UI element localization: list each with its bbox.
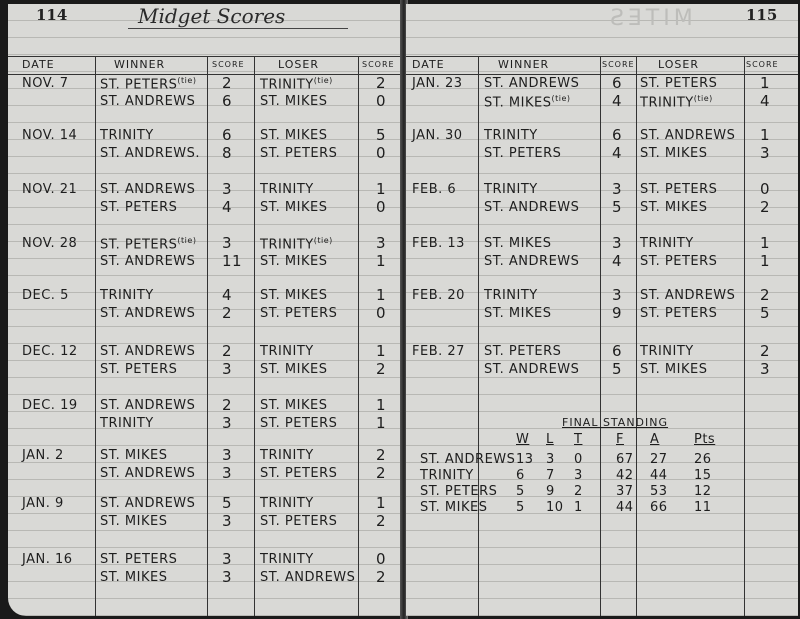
winner-team: ST. ANDREWS: [100, 466, 195, 481]
loser-team: ST. PETERS: [640, 76, 717, 91]
standing-team-name: ST. MIKES: [420, 500, 487, 515]
standing-value: 13: [516, 452, 534, 467]
winner-score: 3: [222, 234, 232, 252]
loser-score: 1: [376, 396, 386, 414]
loser-team: ST. MIKES: [260, 128, 327, 143]
loser-team: TRINITY: [260, 552, 314, 567]
loser-team: ST. PETERS: [260, 416, 337, 431]
tie-note: (tie): [314, 76, 333, 85]
loser-score: 4: [760, 92, 770, 110]
standing-team-name: ST. ANDREWS: [420, 452, 515, 467]
loser-score: 1: [760, 252, 770, 270]
loser-team: ST. MIKES: [260, 362, 327, 377]
loser-score: 1: [376, 180, 386, 198]
winner-team: ST. PETERS: [484, 344, 561, 359]
column-divider: [95, 56, 96, 616]
winner-team: ST. MIKES: [484, 306, 551, 321]
loser-score: 3: [760, 144, 770, 162]
loser-team: TRINITY: [640, 344, 694, 359]
game-date: JAN. 16: [22, 552, 73, 567]
winner-score: 4: [612, 252, 622, 270]
winner-score: 3: [222, 180, 232, 198]
loser-score: 0: [376, 304, 386, 322]
winner-score: 4: [612, 92, 622, 110]
loser-score: 1: [760, 234, 770, 252]
standing-value: 6: [516, 468, 525, 483]
winner-score: 6: [222, 126, 232, 144]
left-page: 114 Midget Scores DATEWINNERSCORELOSERSC…: [8, 4, 402, 616]
loser-team: TRINITY: [260, 496, 314, 511]
standing-value: 44: [616, 500, 634, 515]
standing-value: 3: [546, 452, 555, 467]
winner-team: ST. ANDREWS: [100, 254, 195, 269]
winner-team: TRINITY: [100, 416, 154, 431]
winner-score: 2: [222, 342, 232, 360]
loser-score: 2: [760, 342, 770, 360]
loser-team: ST. ANDREWS: [260, 570, 355, 585]
page-number: 114: [36, 6, 67, 24]
winner-team: ST. MIKES(tie): [484, 94, 571, 110]
winner-team: ST. MIKES: [484, 236, 551, 251]
loser-score: 0: [760, 180, 770, 198]
winner-team: TRINITY: [484, 182, 538, 197]
loser-team: ST. PETERS: [640, 254, 717, 269]
winner-team: ST. ANDREWS: [484, 362, 579, 377]
standing-value: 10: [546, 500, 564, 515]
tie-note: (tie): [314, 236, 333, 245]
standing-column-header: Pts: [694, 432, 715, 447]
standing-value: 37: [616, 484, 634, 499]
header-winner: WINNER: [114, 58, 165, 71]
winner-score: 6: [222, 92, 232, 110]
standing-value: 67: [616, 452, 634, 467]
tie-note: (tie): [551, 94, 570, 103]
loser-score: 1: [376, 414, 386, 432]
winner-score: 9: [612, 304, 622, 322]
loser-score: 0: [376, 92, 386, 110]
game-date: JAN. 2: [22, 448, 64, 463]
standing-value: 7: [546, 468, 555, 483]
header-winner-score: SCORE: [602, 60, 635, 69]
header-rule: [406, 56, 798, 57]
game-date: NOV. 28: [22, 236, 77, 251]
loser-score: 1: [760, 74, 770, 92]
winner-score: 3: [612, 234, 622, 252]
column-divider: [744, 56, 745, 616]
winner-team: ST. ANDREWS: [100, 344, 195, 359]
loser-score: 2: [376, 512, 386, 530]
standing-team-name: ST. PETERS: [420, 484, 497, 499]
winner-score: 3: [612, 286, 622, 304]
loser-score: 0: [376, 144, 386, 162]
winner-score: 4: [222, 198, 232, 216]
header-loser-score: SCORE: [362, 60, 395, 69]
header-winner: WINNER: [498, 58, 549, 71]
winner-score: 3: [222, 414, 232, 432]
loser-team: TRINITY: [260, 182, 314, 197]
winner-team: ST. MIKES: [100, 570, 167, 585]
loser-score: 2: [376, 360, 386, 378]
standing-value: 2: [574, 484, 583, 499]
loser-score: 2: [376, 74, 386, 92]
winner-score: 2: [222, 304, 232, 322]
loser-team: ST. PETERS: [260, 466, 337, 481]
game-date: DEC. 12: [22, 344, 78, 359]
winner-team: ST. MIKES: [100, 514, 167, 529]
winner-score: 5: [612, 360, 622, 378]
notebook-spread: 114 Midget Scores DATEWINNERSCORELOSERSC…: [0, 0, 800, 619]
winner-score: 4: [612, 144, 622, 162]
final-standing-title: FINAL STANDING: [562, 416, 668, 429]
loser-score: 2: [760, 286, 770, 304]
column-divider: [636, 56, 637, 616]
winner-team: ST. PETERS: [100, 362, 177, 377]
winner-team: ST. ANDREWS: [484, 76, 579, 91]
loser-team: TRINITY(tie): [640, 94, 713, 110]
loser-score: 0: [376, 550, 386, 568]
standing-value: 44: [650, 468, 668, 483]
standing-column-header: L: [546, 432, 554, 447]
winner-score: 3: [222, 568, 232, 586]
winner-team: ST. ANDREWS: [100, 182, 195, 197]
standing-value: 15: [694, 468, 712, 483]
loser-team: TRINITY: [260, 448, 314, 463]
winner-team: ST. ANDREWS: [100, 306, 195, 321]
standing-value: 42: [616, 468, 634, 483]
page-title: Midget Scores: [128, 4, 348, 29]
header-rule: [8, 56, 402, 57]
winner-team: ST. PETERS(tie): [100, 76, 196, 92]
game-date: DEC. 19: [22, 398, 78, 413]
loser-score: 3: [376, 234, 386, 252]
standing-value: 26: [694, 452, 712, 467]
header-underline: [406, 74, 798, 75]
header-loser-score: SCORE: [746, 60, 779, 69]
loser-team: ST. PETERS: [640, 182, 717, 197]
standing-column-header: W: [516, 432, 529, 447]
loser-score: 1: [376, 494, 386, 512]
loser-score: 1: [376, 252, 386, 270]
bleed-through-text: MITES: [606, 6, 693, 31]
game-date: NOV. 21: [22, 182, 77, 197]
tie-note: (tie): [177, 236, 196, 245]
winner-score: 5: [612, 198, 622, 216]
header-winner-score: SCORE: [212, 60, 245, 69]
header-date: DATE: [412, 58, 445, 71]
loser-score: 3: [760, 360, 770, 378]
standing-value: 5: [516, 500, 525, 515]
standing-column-header: A: [650, 432, 659, 447]
winner-score: 3: [222, 446, 232, 464]
loser-team: ST. PETERS: [260, 514, 337, 529]
loser-score: 2: [760, 198, 770, 216]
loser-score: 1: [376, 286, 386, 304]
winner-team: TRINITY: [100, 288, 154, 303]
loser-team: ST. ANDREWS: [640, 288, 735, 303]
loser-score: 1: [376, 342, 386, 360]
page-number: 115: [746, 6, 777, 24]
game-date: NOV. 7: [22, 76, 68, 91]
winner-score: 4: [222, 286, 232, 304]
game-date: FEB. 27: [412, 344, 465, 359]
header-loser: LOSER: [278, 58, 319, 71]
loser-team: ST. ANDREWS: [640, 128, 735, 143]
loser-score: 1: [760, 126, 770, 144]
loser-team: ST. PETERS: [640, 306, 717, 321]
loser-team: ST. MIKES: [260, 288, 327, 303]
column-divider: [600, 56, 601, 616]
winner-score: 2: [222, 396, 232, 414]
standing-column-header: F: [616, 432, 624, 447]
standing-value: 5: [516, 484, 525, 499]
loser-team: ST. PETERS: [260, 306, 337, 321]
game-date: NOV. 14: [22, 128, 77, 143]
loser-score: 2: [376, 446, 386, 464]
loser-score: 2: [376, 568, 386, 586]
standing-value: 0: [574, 452, 583, 467]
winner-score: 6: [612, 342, 622, 360]
game-date: FEB. 20: [412, 288, 465, 303]
standing-value: 12: [694, 484, 712, 499]
header-date: DATE: [22, 58, 55, 71]
winner-team: ST. ANDREWS.: [100, 146, 200, 161]
loser-team: ST. MIKES: [260, 94, 327, 109]
loser-score: 5: [376, 126, 386, 144]
winner-team: TRINITY: [484, 128, 538, 143]
winner-score: 6: [612, 126, 622, 144]
standing-value: 53: [650, 484, 668, 499]
loser-score: 5: [760, 304, 770, 322]
loser-team: ST. MIKES: [260, 398, 327, 413]
standing-team-name: TRINITY: [420, 468, 474, 483]
winner-score: 5: [222, 494, 232, 512]
winner-team: ST. ANDREWS: [100, 94, 195, 109]
winner-team: ST. MIKES: [100, 448, 167, 463]
winner-team: TRINITY: [484, 288, 538, 303]
winner-score: 3: [222, 360, 232, 378]
loser-team: TRINITY(tie): [260, 76, 333, 92]
column-divider: [207, 56, 208, 616]
game-date: FEB. 6: [412, 182, 456, 197]
loser-team: TRINITY(tie): [260, 236, 333, 252]
right-page: MITES 115 DATEWINNERSCORELOSERSCOREJAN. …: [406, 4, 798, 616]
column-divider: [358, 56, 359, 616]
loser-team: ST. MIKES: [640, 146, 707, 161]
column-divider: [254, 56, 255, 616]
winner-score: 6: [612, 74, 622, 92]
winner-team: ST. ANDREWS: [100, 496, 195, 511]
game-date: JAN. 23: [412, 76, 463, 91]
winner-team: TRINITY: [100, 128, 154, 143]
winner-score: 3: [222, 464, 232, 482]
game-date: JAN. 9: [22, 496, 64, 511]
loser-team: ST. MIKES: [640, 200, 707, 215]
winner-team: ST. PETERS: [100, 552, 177, 567]
game-date: DEC. 5: [22, 288, 69, 303]
standing-value: 27: [650, 452, 668, 467]
winner-team: ST. PETERS: [100, 200, 177, 215]
standing-value: 11: [694, 500, 712, 515]
winner-team: ST. PETERS: [484, 146, 561, 161]
winner-team: ST. ANDREWS: [100, 398, 195, 413]
winner-score: 2: [222, 74, 232, 92]
loser-score: 0: [376, 198, 386, 216]
standing-value: 66: [650, 500, 668, 515]
loser-team: ST. MIKES: [260, 254, 327, 269]
loser-team: TRINITY: [260, 344, 314, 359]
header-underline: [8, 74, 402, 75]
winner-team: ST. ANDREWS: [484, 254, 579, 269]
winner-score: 11: [222, 252, 242, 270]
column-divider: [478, 56, 479, 616]
standing-column-header: T: [574, 432, 582, 447]
header-loser: LOSER: [658, 58, 699, 71]
winner-score: 3: [222, 550, 232, 568]
winner-score: 3: [222, 512, 232, 530]
loser-score: 2: [376, 464, 386, 482]
tie-note: (tie): [177, 76, 196, 85]
winner-team: ST. ANDREWS: [484, 200, 579, 215]
standing-value: 3: [574, 468, 583, 483]
loser-team: ST. MIKES: [640, 362, 707, 377]
tie-note: (tie): [694, 94, 713, 103]
winner-team: ST. PETERS(tie): [100, 236, 196, 252]
game-date: FEB. 13: [412, 236, 465, 251]
loser-team: ST. MIKES: [260, 200, 327, 215]
winner-score: 3: [612, 180, 622, 198]
standing-value: 9: [546, 484, 555, 499]
loser-team: TRINITY: [640, 236, 694, 251]
game-date: JAN. 30: [412, 128, 463, 143]
winner-score: 8: [222, 144, 232, 162]
standing-value: 1: [574, 500, 583, 515]
loser-team: ST. PETERS: [260, 146, 337, 161]
